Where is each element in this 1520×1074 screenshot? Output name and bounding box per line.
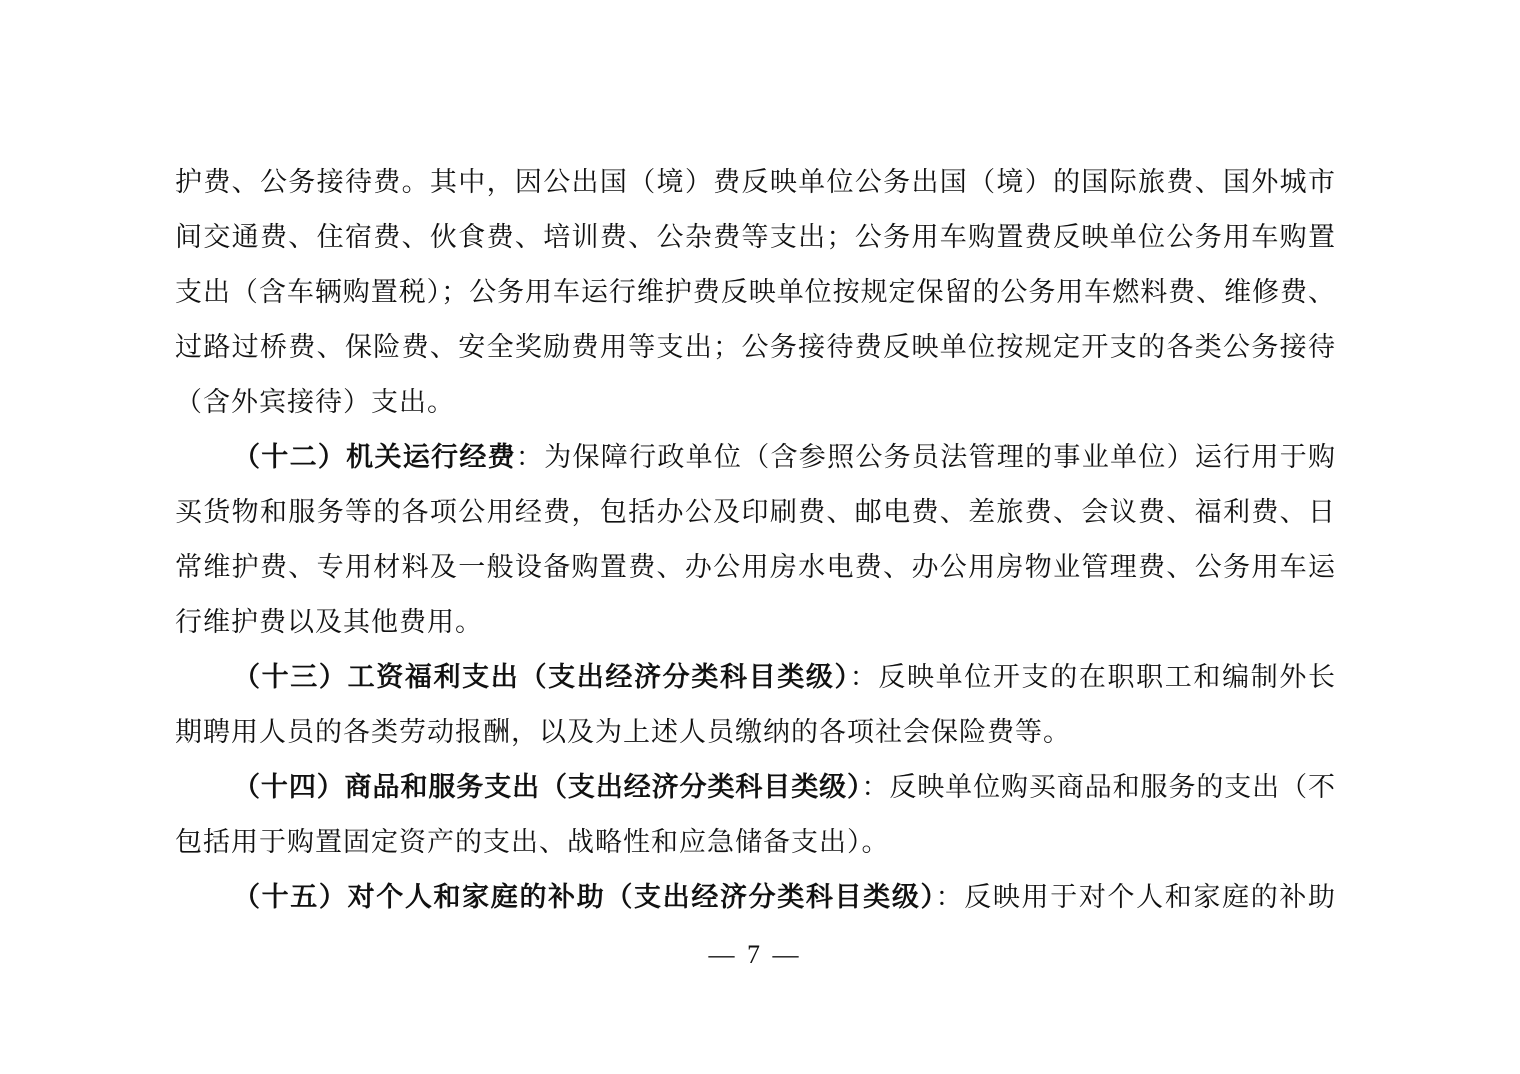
text-line-bold: （十四）商品和服务支出（支出经济分类科目类级） — [233, 772, 861, 802]
text-line-paragraph-start: （十三）工资福利支出（支出经济分类科目类级）：反映单位开支的在职职工和编制外长 — [175, 650, 1335, 705]
page-number: — 7 — — [175, 930, 1335, 980]
text-line-text: 期聘用人员的各类劳动报酬，以及为上述人员缴纳的各项社会保险费等。 — [175, 717, 1071, 747]
text-line-bold: （十三）工资福利支出（支出经济分类科目类级） — [233, 662, 850, 692]
text-line-paragraph-start: （十四）商品和服务支出（支出经济分类科目类级）：反映单位购买商品和服务的支出（不 — [175, 760, 1335, 815]
text-line-paragraph-end: 包括用于购置固定资产的支出、战略性和应急储备支出）。 — [175, 815, 1335, 870]
text-line: 护费、公务接待费。其中，因公出国（境）费反映单位公务出国（境）的国际旅费、国外城… — [175, 155, 1335, 210]
text-line-bold: （十五）对个人和家庭的补助（支出经济分类科目类级） — [233, 882, 936, 912]
text-line: 过路过桥费、保险费、安全奖励费用等支出；公务接待费反映单位按规定开支的各类公务接… — [175, 320, 1335, 375]
text-line-text: 支出（含车辆购置税）；公务用车运行维护费反映单位按规定保留的公务用车燃料费、维修… — [175, 277, 1335, 307]
text-line-text: 包括用于购置固定资产的支出、战略性和应急储备支出）。 — [175, 827, 890, 857]
text-line: 支出（含车辆购置税）；公务用车运行维护费反映单位按规定保留的公务用车燃料费、维修… — [175, 265, 1335, 320]
text-line: 间交通费、住宿费、伙食费、培训费、公杂费等支出；公务用车购置费反映单位公务用车购… — [175, 210, 1335, 265]
text-line-bold: （十二）机关运行经费 — [233, 442, 516, 472]
text-line-text: ：反映单位开支的在职职工和编制外长 — [850, 662, 1335, 692]
text-block: 护费、公务接待费。其中，因公出国（境）费反映单位公务出国（境）的国际旅费、国外城… — [175, 155, 1335, 980]
text-line-paragraph-start: （十二）机关运行经费：为保障行政单位（含参照公务员法管理的事业单位）运行用于购 — [175, 430, 1335, 485]
text-line: 常维护费、专用材料及一般设备购置费、办公用房水电费、办公用房物业管理费、公务用车… — [175, 540, 1335, 595]
text-line-paragraph-end: （含外宾接待）支出。 — [175, 375, 1335, 430]
text-line-text: ：为保障行政单位（含参照公务员法管理的事业单位）运行用于购 — [516, 442, 1335, 472]
text-line-text: ：反映用于对个人和家庭的补助 — [936, 882, 1335, 912]
text-line-paragraph-end: 行维护费以及其他费用。 — [175, 595, 1335, 650]
document-page: 护费、公务接待费。其中，因公出国（境）费反映单位公务出国（境）的国际旅费、国外城… — [0, 0, 1520, 1074]
text-line-text: ：反映单位购买商品和服务的支出（不 — [861, 772, 1335, 802]
text-line-text: 常维护费、专用材料及一般设备购置费、办公用房水电费、办公用房物业管理费、公务用车… — [175, 552, 1335, 582]
text-line-text: 买货物和服务等的各项公用经费，包括办公及印刷费、邮电费、差旅费、会议费、福利费、… — [175, 497, 1335, 527]
text-line-text: 间交通费、住宿费、伙食费、培训费、公杂费等支出；公务用车购置费反映单位公务用车购… — [175, 222, 1335, 252]
text-line-text: 护费、公务接待费。其中，因公出国（境）费反映单位公务出国（境）的国际旅费、国外城… — [175, 167, 1335, 197]
text-line-text: 行维护费以及其他费用。 — [175, 607, 483, 637]
text-line-paragraph-start: （十五）对个人和家庭的补助（支出经济分类科目类级）：反映用于对个人和家庭的补助 — [175, 870, 1335, 925]
text-line: 买货物和服务等的各项公用经费，包括办公及印刷费、邮电费、差旅费、会议费、福利费、… — [175, 485, 1335, 540]
text-line-text: （含外宾接待）支出。 — [175, 387, 455, 417]
text-line-paragraph-end: 期聘用人员的各类劳动报酬，以及为上述人员缴纳的各项社会保险费等。 — [175, 705, 1335, 760]
text-line-text: 过路过桥费、保险费、安全奖励费用等支出；公务接待费反映单位按规定开支的各类公务接… — [175, 332, 1335, 362]
